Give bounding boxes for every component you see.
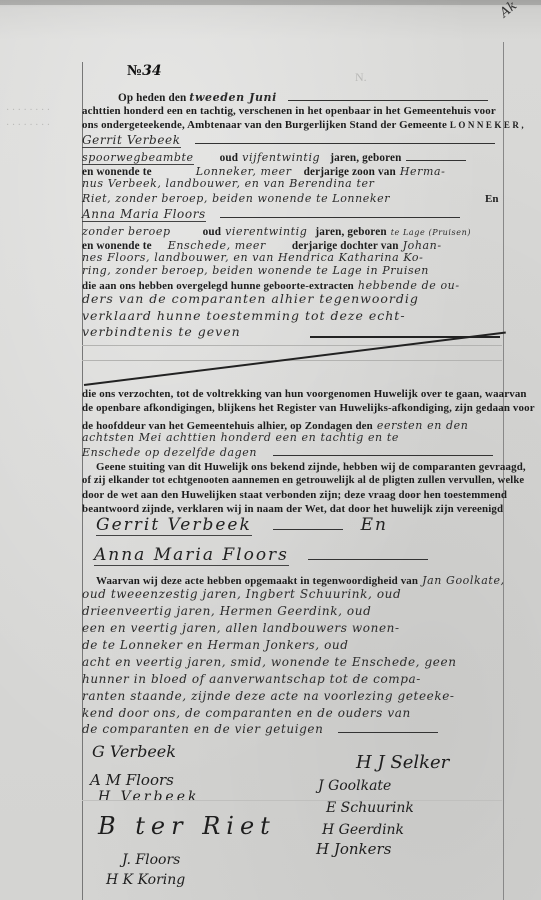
signature-witness-2: E Schuurink	[326, 800, 414, 816]
bleed-through-number: N.	[355, 70, 367, 85]
signature-witness-4: H Jonkers	[316, 840, 391, 858]
witnesses-hand-10: de comparanten en de vier getuigen	[82, 722, 502, 736]
declaration-line-1: Geene stuiting van dit Huwelijk ons beke…	[82, 461, 502, 473]
extracts-hand-2: ders van de comparanten alhier tegenwoor…	[82, 291, 502, 306]
witnesses-hand-8: ranten staande, zijnde deze acte na voor…	[82, 689, 502, 703]
bride-name: Anna Maria Floors	[82, 207, 502, 221]
signature-guide-line	[82, 800, 502, 801]
groom-parents-line-3: Riet, zonder beroep, beiden wonende te L…	[82, 192, 502, 205]
record-number: №34	[127, 63, 162, 80]
proclamation-line-1: die ons verzochten, tot de voltrekking v…	[82, 388, 502, 400]
witnesses-hand-6: acht en veertig jaren, smid, wonende te …	[82, 655, 502, 669]
bride-parents-line-2: nes Floors, landbouwer, en van Hendrica …	[82, 251, 502, 264]
groom-name: Gerrit Verbeek	[82, 133, 502, 147]
united-bride-name: Anna Maria Floors	[82, 545, 502, 565]
signature-bride-father: J. Floors	[122, 852, 180, 868]
witnesses-hand-5: de te Lonneker en Herman Jonkers, oud	[82, 638, 502, 652]
cancel-diagonal-line	[84, 331, 506, 386]
witnesses-hand-2: oud tweeenzestig jaren, Ingbert Schuurin…	[82, 587, 502, 601]
witnesses-hand-3: drieenveertig jaren, Hermen Geerdink, ou…	[82, 604, 502, 618]
signature-groom-mother: B ter Riet	[98, 812, 276, 840]
witnesses-hand-9: kend door ons, de comparanten en de oude…	[82, 706, 502, 720]
declaration-line-3: door de wet aan den Huwelijken staat ver…	[82, 489, 502, 501]
signature-groom: G Verbeek	[92, 742, 176, 761]
blank-guide-line	[82, 360, 502, 361]
signature-witness-3: H Geerdink	[322, 822, 404, 838]
extracts-hand-3: verklaard hunne toestemming tot deze ech…	[82, 308, 502, 323]
document-page: Ak · · · · · · · · · · · · · · · · N. №3…	[0, 0, 541, 900]
proclamation-line-2: de openbare afkondigingen, blijkens het …	[82, 402, 502, 414]
bleed-through-text: · · · · · · · ·	[6, 105, 50, 116]
groom-parents-line-2: nus Verbeek, landbouwer, en van Berendin…	[82, 177, 502, 190]
proclamation-hand-4: achtsten Mei achttien honderd een en tac…	[82, 431, 502, 444]
conjunction-en: En	[485, 193, 498, 205]
proclamation-hand-5: Enschede op dezelfde dagen	[82, 446, 502, 459]
signature-bride-mother: H K Koring	[106, 872, 185, 888]
header-line-3: ons ondergeteekende, Ambtenaar van den B…	[82, 119, 502, 131]
blank-guide-line	[82, 345, 502, 346]
declaration-line-4: beantwoord zijnde, verklaren wij in naam…	[82, 503, 502, 515]
bleed-through-text: · · · · · · · ·	[6, 120, 50, 131]
witnesses-hand-4: een en veertig jaren, allen landbouwers …	[82, 621, 502, 635]
signature-groom-father: H Verbeek	[98, 789, 199, 805]
scan-edge	[0, 0, 541, 5]
declaration-line-2: of zij elkander tot echtgenooten aanneme…	[82, 475, 502, 486]
header-line-2: achttien honderd een en tachtig, versche…	[82, 105, 502, 117]
signature-witness-1: J Goolkate	[318, 778, 391, 794]
signature-bride: A M Floors	[90, 771, 174, 789]
header-line-1: Op heden den tweeden Juni	[82, 91, 502, 104]
united-groom-name: Gerrit Verbeek En	[82, 515, 502, 535]
witnesses-hand-7: hunner in bloed of aanverwantschap tot d…	[82, 672, 502, 686]
signature-registrar: H J Selker	[356, 752, 449, 773]
